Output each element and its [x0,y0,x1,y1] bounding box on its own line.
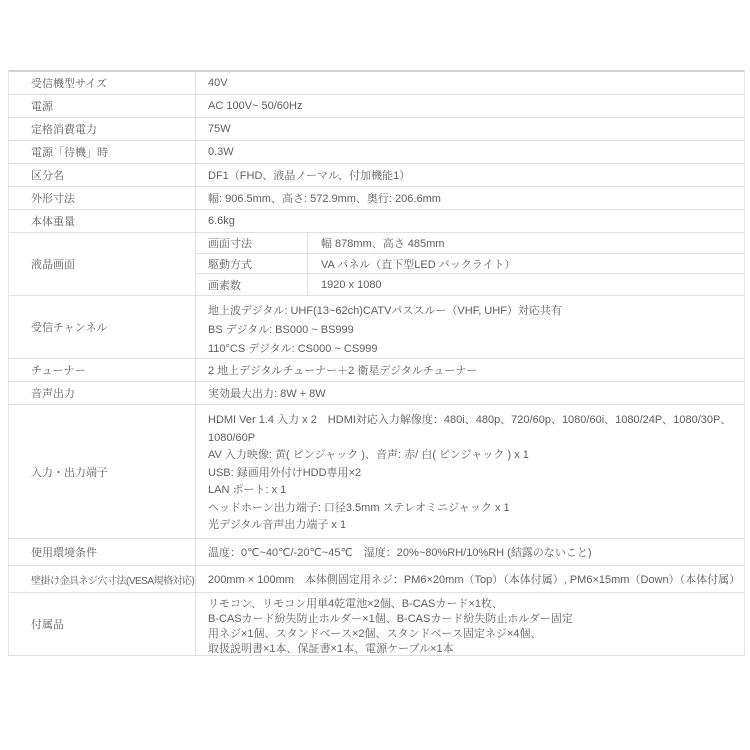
spec-label: 音声出力 [9,382,196,404]
spec-value-line: AV 入力映像: 黄( ピンジャック )、音声: 赤/ 白( ピンジャック ) … [208,447,736,465]
table-row-standby-power: 電源「待機」時 0.3W [9,141,744,164]
spec-label: 受信チャンネル [9,296,196,358]
spec-subvalue: VA パネル（直下型LED バックライト） [308,254,744,274]
table-row-lcd-panel: 液晶画面 画面寸法 幅 878mm、高さ 485mm 駆動方式 VA パネル（直… [9,233,744,296]
spec-value-line: 用ネジ×1個、スタンドベース×2個、スタンドベース固定ネジ×4個、 [208,627,736,642]
spec-label: 外形寸法 [9,187,196,209]
table-row-operating-environment: 使用環境条件 温度：0℃~40℃/-20℃~45℃ 湿度：20%~80%RH/1… [9,539,744,566]
spec-value: 200mm × 100mm 本体側固定用ネジ：PM6×20mm（Top）（本体付… [196,566,744,592]
spec-sublabel: 画面寸法 [196,233,308,253]
spec-value: 6.6kg [196,210,744,232]
spec-value-line: 110°CS デジタル: CS000 ~ CS999 [208,340,736,359]
table-row-power-supply: 電源 AC 100V~ 50/60Hz [9,95,744,118]
spec-value: 幅: 906.5mm、高さ: 572.9mm、奥行: 206.6mm [196,187,744,209]
spec-value: 温度：0℃~40℃/-20℃~45℃ 湿度：20%~80%RH/10%RH (結… [196,539,744,565]
table-row-weight: 本体重量 6.6kg [9,210,744,233]
table-row-external-dimensions: 外形寸法 幅: 906.5mm、高さ: 572.9mm、奥行: 206.6mm [9,187,744,210]
subtable-row-drive-system: 駆動方式 VA パネル（直下型LED バックライト） [196,254,744,275]
spec-sublabel: 画素数 [196,274,308,295]
spec-label: 定格消費電力 [9,118,196,140]
spec-value-line: リモコン、リモコン用単4乾電池×2個、B-CASカード×1枚、 [208,597,736,612]
subtable-row-pixel-count: 画素数 1920 x 1080 [196,274,744,295]
spec-value: 0.3W [196,141,744,163]
spec-label: 液晶画面 [9,233,196,295]
table-row-tuner: チューナー 2 地上デジタルチューナー＋2 衛星デジタルチューナー [9,359,744,382]
spec-value-line: LAN ポート: x 1 [208,482,736,500]
table-row-classification: 区分名 DF1（FHD、液晶ノーマル、付加機能1） [9,164,744,187]
spec-value-line: 取扱説明書×1本、保証書×1本、電源ケーブル×1本 [208,642,736,657]
spec-value: 40V [196,72,744,94]
spec-label: 本体重量 [9,210,196,232]
spec-value-multiline: リモコン、リモコン用単4乾電池×2個、B-CASカード×1枚、 B-CASカード… [196,593,744,655]
spec-value-line: USB: 録画用外付けHDD専用×2 [208,465,736,483]
table-row-screen-size: 受信機型サイズ 40V [9,72,744,95]
spec-value-line: 1080/60P [208,430,736,448]
spec-label: 壁掛け金具ネジ穴寸法(VESA規格対応) [9,566,196,592]
spec-value: 実効最大出力: 8W + 8W [196,382,744,404]
spec-value: 2 地上デジタルチューナー＋2 衛星デジタルチューナー [196,359,744,381]
lcd-subtable: 画面寸法 幅 878mm、高さ 485mm 駆動方式 VA パネル（直下型LED… [196,233,744,295]
spec-label: 電源「待機」時 [9,141,196,163]
spec-label: 付属品 [9,593,196,655]
subtable-row-screen-dimensions: 画面寸法 幅 878mm、高さ 485mm [196,233,744,254]
spec-value: AC 100V~ 50/60Hz [196,95,744,117]
spec-label: 使用環境条件 [9,539,196,565]
spec-value-multiline: 地上波デジタル: UHF(13~62ch)CATVパススルー（VHF, UHF）… [196,296,744,358]
spec-label: 区分名 [9,164,196,186]
spec-label: チューナー [9,359,196,381]
spec-table: 受信機型サイズ 40V 電源 AC 100V~ 50/60Hz 定格消費電力 7… [8,70,745,656]
spec-value-line: B-CASカード紛失防止ホルダー×1個、B-CASカード紛失防止ホルダー固定 [208,612,736,627]
table-row-accessories: 付属品 リモコン、リモコン用単4乾電池×2個、B-CASカード×1枚、 B-CA… [9,593,744,655]
table-row-wall-mount-screw-holes: 壁掛け金具ネジ穴寸法(VESA規格対応) 200mm × 100mm 本体側固定… [9,566,744,593]
table-row-audio-output: 音声出力 実効最大出力: 8W + 8W [9,382,744,405]
table-row-reception-channels: 受信チャンネル 地上波デジタル: UHF(13~62ch)CATVパススルー（V… [9,296,744,359]
spec-label: 電源 [9,95,196,117]
table-row-power-consumption: 定格消費電力 75W [9,118,744,141]
spec-value: 75W [196,118,744,140]
spec-subvalue: 1920 x 1080 [308,274,744,295]
spec-subvalue: 幅 878mm、高さ 485mm [308,233,744,253]
table-row-input-output-terminals: 入力・出力端子 HDMI Ver 1.4 入力 x 2 HDMI対応入力解像度：… [9,405,744,539]
spec-value-line: 地上波デジタル: UHF(13~62ch)CATVパススルー（VHF, UHF）… [208,302,736,321]
spec-label: 入力・出力端子 [9,405,196,538]
spec-value-line: 光デジタル音声出力端子 x 1 [208,517,736,535]
spec-value-line: HDMI Ver 1.4 入力 x 2 HDMI対応入力解像度：480i、480… [208,412,736,430]
spec-value: DF1（FHD、液晶ノーマル、付加機能1） [196,164,744,186]
spec-sublabel: 駆動方式 [196,254,308,274]
spec-label: 受信機型サイズ [9,72,196,94]
spec-value-line: BS デジタル: BS000 ~ BS999 [208,321,736,340]
spec-value-line: ヘッドホーン出力端子: 口径3.5mm ステレオミニジャック x 1 [208,500,736,518]
spec-value-multiline: HDMI Ver 1.4 入力 x 2 HDMI対応入力解像度：480i、480… [196,405,744,538]
